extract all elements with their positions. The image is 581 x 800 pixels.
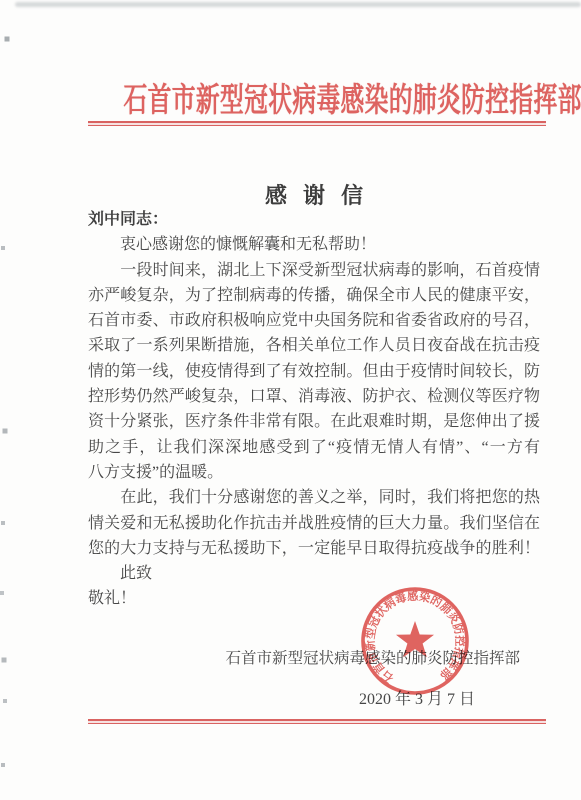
body-line: 一段时间来，湖北上下深受新型冠状病毒的影响，石首疫情 xyxy=(88,258,540,283)
body-line: 在此，我们十分感谢您的善义之举，同时，我们将把您的热 xyxy=(88,485,540,510)
letter-title: 感谢信 xyxy=(88,179,540,210)
body-line: 您的大力支持与无私援助下，一定能早日取得抗疫战争的胜利！ xyxy=(88,536,540,561)
letter-body: 刘中同志： 衷心感谢您的慷慨解囊和无私帮助！ 一段时间来，湖北上下深受新型冠状病… xyxy=(88,207,540,612)
scan-noise-specks xyxy=(0,0,2,2)
body-line: 亦严峻复杂，为了控制病毒的传播，确保全市人民的健康平安， xyxy=(88,283,540,308)
body-line: 情关爱和无私援助化作抗击并战胜疫情的巨大力量。我们坚信在 xyxy=(88,511,540,536)
body-line: 控形势仍然严峻复杂，口罩、消毒液、防护衣、检测仪等医疗物 xyxy=(88,384,540,409)
official-seal: 石首市新型冠状病毒感染的肺炎防控指挥部 xyxy=(357,583,473,699)
body-line: 衷心感谢您的慷慨解囊和无私帮助！ xyxy=(88,232,540,257)
salutation: 刘中同志： xyxy=(88,207,540,232)
body-line: 助之手，让我们深深地感受到了“疫情无情人有情”、“一方有难， xyxy=(88,435,540,460)
star-icon xyxy=(396,621,434,657)
scanned-letter-page: 石首市新型冠状病毒感染的肺炎防控指挥部 感谢信 刘中同志： 衷心感谢您的慷慨解囊… xyxy=(0,0,581,800)
body-line: 采取了一系列果断措施，各相关单位工作人员日夜奋战在抗击疫 xyxy=(88,333,540,358)
body-line: 石首市委、市政府积极响应党中央国务院和省委省政府的号召， xyxy=(88,308,540,333)
body-line: 资十分紧张，医疗条件非常有限。在此艰难时期，是您伸出了援 xyxy=(88,409,540,434)
scan-artifact-band xyxy=(15,2,581,7)
body-line: 情的第一线，使疫情得到了有效控制。但由于疫情时间较长，防 xyxy=(88,359,540,384)
body-line: 八方支援”的温暖。 xyxy=(88,460,540,485)
header-rule xyxy=(88,121,546,126)
footer-rule xyxy=(88,719,546,724)
letterhead-title: 石首市新型冠状病毒感染的肺炎防控指挥部 xyxy=(123,74,506,121)
